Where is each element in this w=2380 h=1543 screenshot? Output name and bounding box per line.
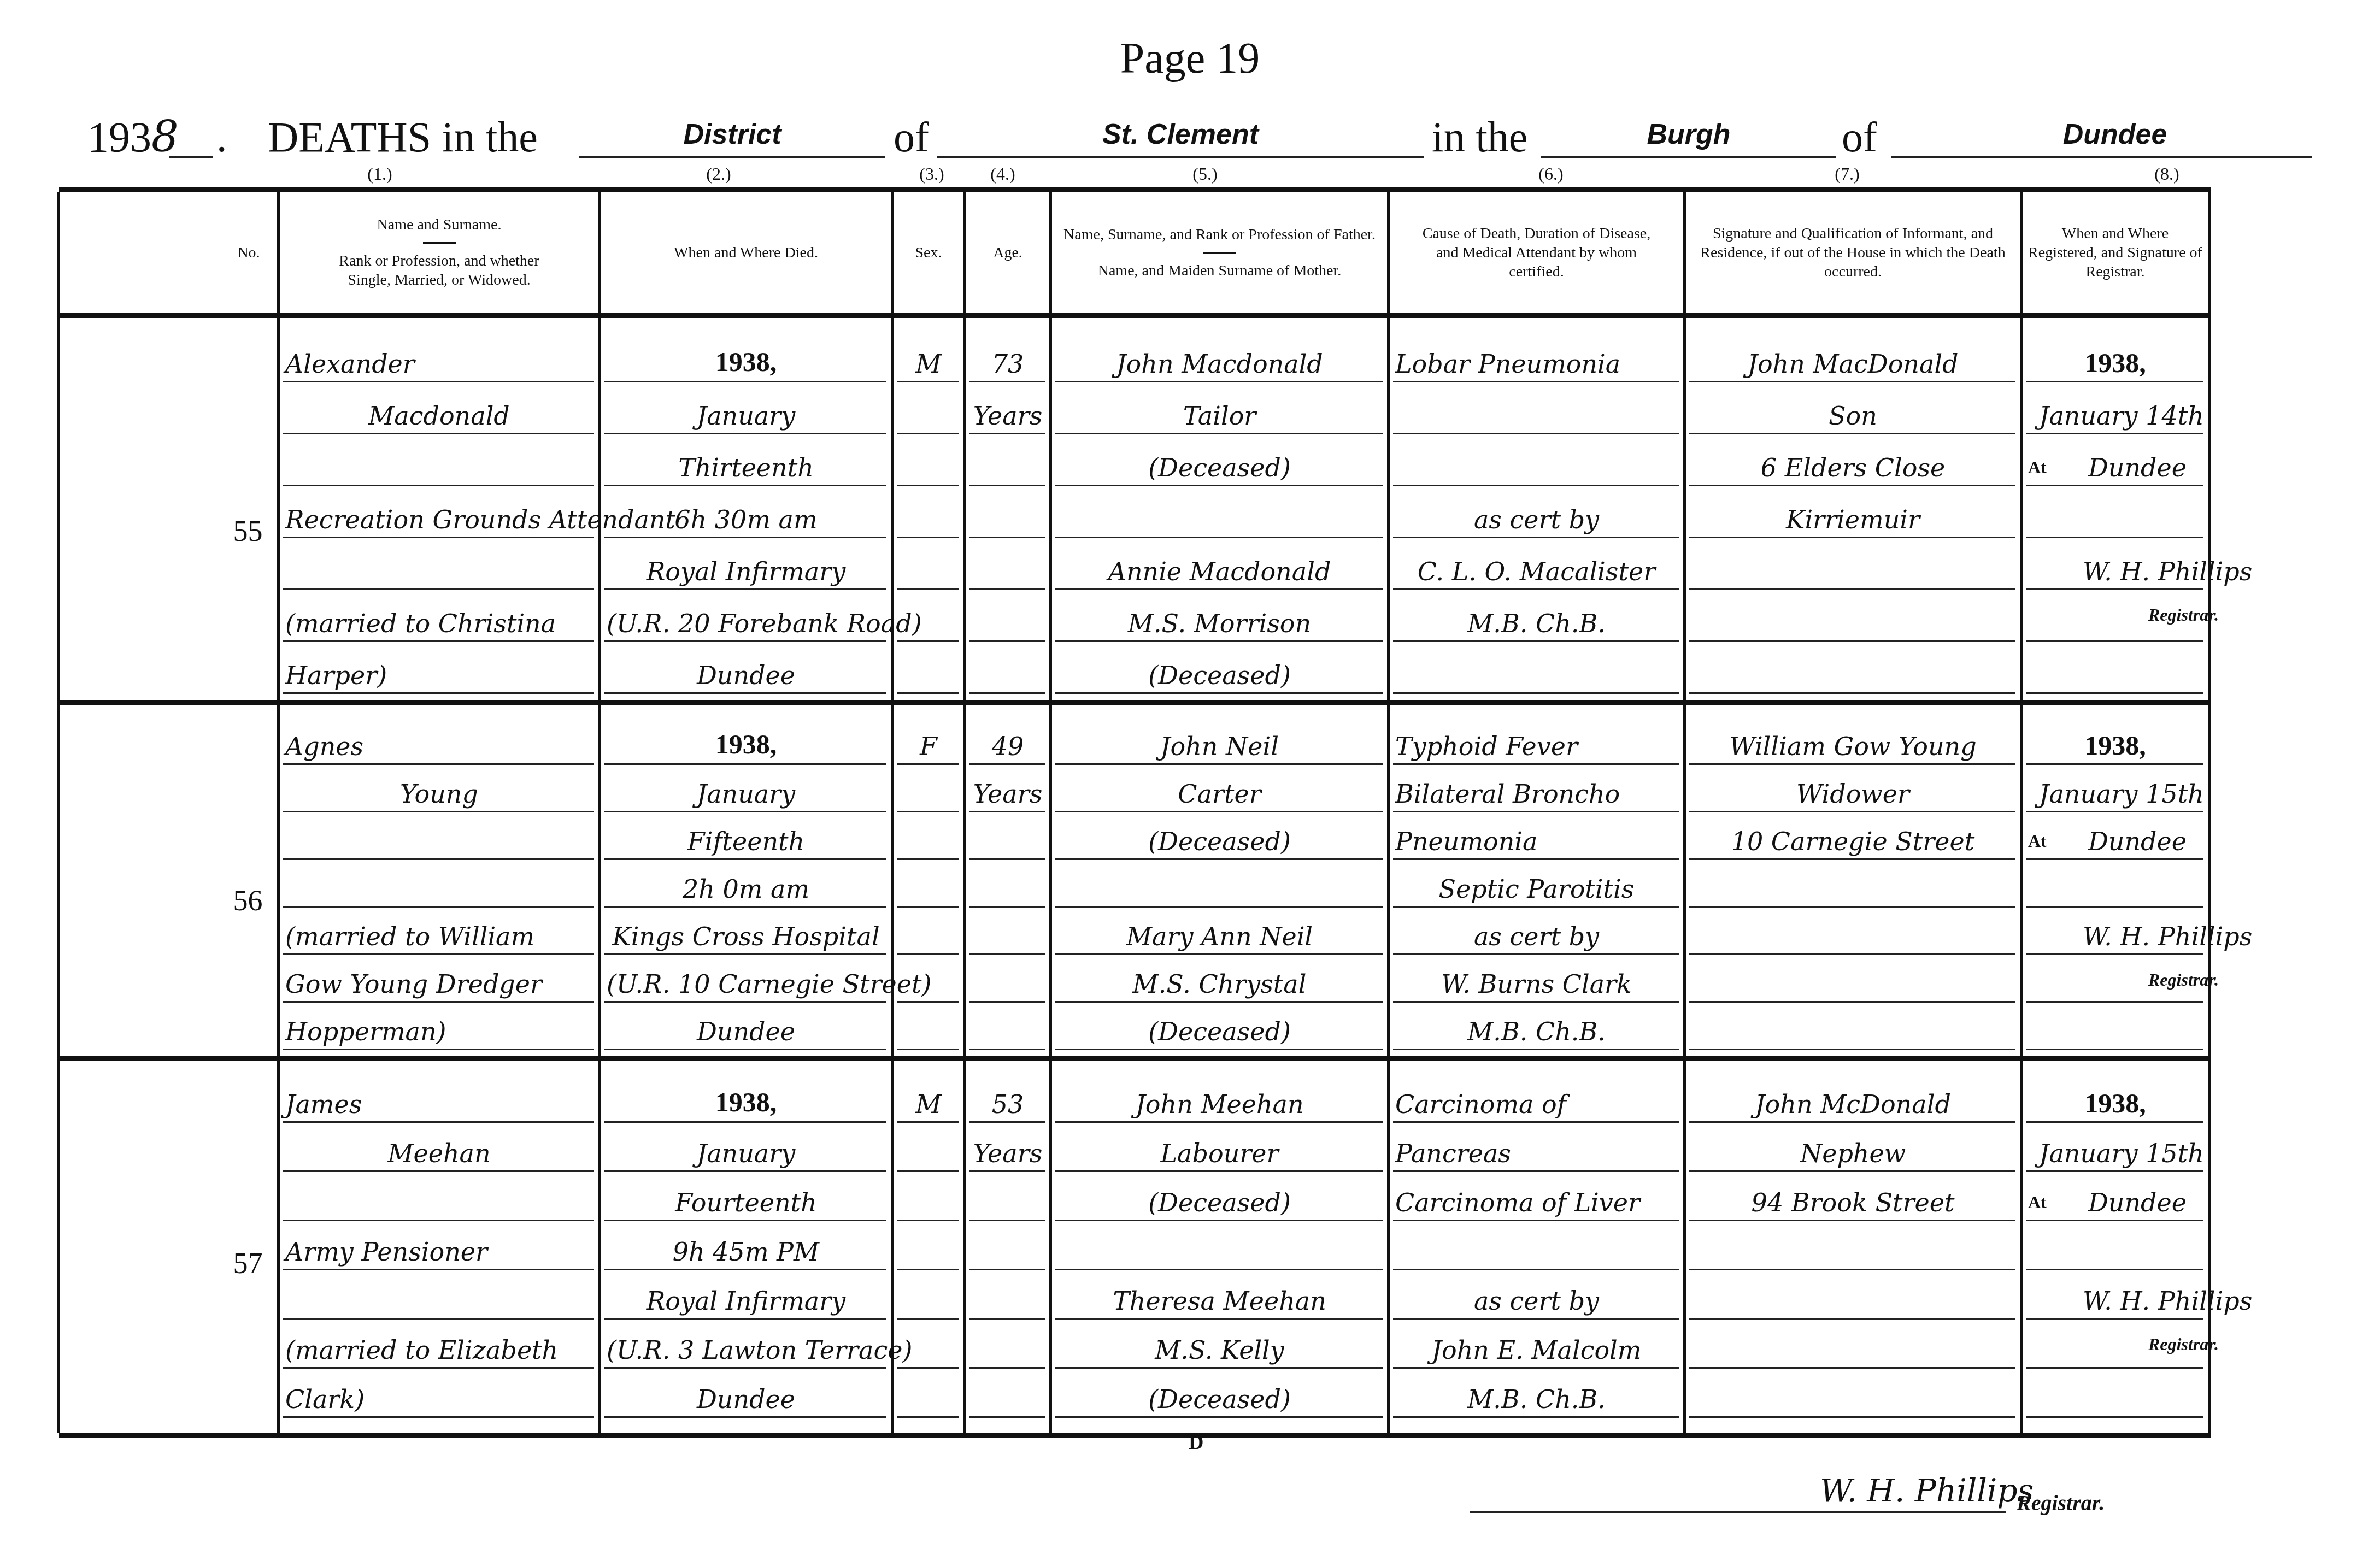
sex-value: M <box>899 349 958 379</box>
heading-deaths-label: DEATHS in the <box>268 113 538 162</box>
death-when-where-line: Fourteenth <box>607 1188 885 1217</box>
death-when-where-line: Kings Cross Hospital <box>607 922 885 951</box>
deceased-name-line: Hopperman) <box>285 1017 446 1046</box>
death-when-where-line: Thirteenth <box>607 453 885 482</box>
entry-number: 56 <box>233 884 263 917</box>
cause-of-death-line: Carcinoma of <box>1395 1089 1566 1119</box>
deceased-name-line: Macdonald <box>285 401 593 431</box>
deceased-name-line: Young <box>285 779 593 809</box>
registrar-signature: W. H. Phillips <box>2083 1286 2203 1316</box>
heading-dot: . <box>216 113 227 162</box>
burgh-type: Burgh <box>1541 118 1836 151</box>
parents-line: John Neil <box>1057 732 1382 761</box>
parents-line: Theresa Meehan <box>1057 1286 1382 1316</box>
cause-of-death-line: John E. Malcolm <box>1395 1335 1678 1365</box>
informant-line: 6 Elders Close <box>1691 453 2014 482</box>
parents-line: M.S. Morrison <box>1057 609 1382 638</box>
age-value: 73 <box>972 349 1044 379</box>
cause-of-death-line: Pneumonia <box>1395 827 1538 856</box>
cause-of-death-line: Pancreas <box>1395 1139 1511 1168</box>
death-when-where-line: 6h 30m am <box>607 505 885 534</box>
register-entry: 55Alexander1938,John MacdonaldLobar Pneu… <box>59 318 2208 705</box>
cause-of-death-line: Septic Parotitis <box>1395 874 1678 904</box>
registrar-label: Registrar. <box>2148 605 2219 625</box>
cause-of-death-line: as cert by <box>1395 922 1678 951</box>
colnum-1: (1.) <box>367 164 392 184</box>
header-when-where: When and Where Died. <box>601 192 891 313</box>
colnum-4: (4.) <box>990 164 1015 184</box>
deceased-name-line: Agnes <box>285 732 363 761</box>
header-parents: Name, Surname, and Rank or Profession of… <box>1052 192 1387 313</box>
registered-year: 1938, <box>2023 729 2208 761</box>
parents-line: Carter <box>1057 779 1382 809</box>
cause-of-death-line: M.B. Ch.B. <box>1395 1385 1678 1414</box>
column-numbers: (1.) (2.) (3.) (4.) (5.) (6.) (7.) (8.) <box>0 164 2380 186</box>
death-when-where-line: 9h 45m PM <box>607 1237 885 1267</box>
parents-line: Tailor <box>1057 401 1382 431</box>
age-unit: Years <box>972 1139 1044 1168</box>
heading-of-1: of <box>894 113 929 162</box>
registrar-signature: W. H. Phillips <box>1820 1472 2034 1509</box>
informant-line: John MacDonald <box>1691 349 2014 379</box>
parents-line: John Macdonald <box>1057 349 1382 379</box>
registrar-signature: W. H. Phillips <box>2083 557 2203 586</box>
death-year: 1938, <box>601 728 891 760</box>
colnum-6: (6.) <box>1538 164 1563 184</box>
parents-line: (Deceased) <box>1057 661 1382 690</box>
registered-place: Dundee <box>2077 827 2197 856</box>
header-cause: Cause of Death, Duration of Disease, and… <box>1390 192 1683 313</box>
deceased-name-line: (married to Christina <box>285 609 556 638</box>
header-number: No. <box>219 192 279 313</box>
registered-year: 1938, <box>2023 347 2208 379</box>
colnum-3: (3.) <box>919 164 944 184</box>
informant-line: Kirriemuir <box>1691 505 2014 534</box>
cause-of-death-line: M.B. Ch.B. <box>1395 1017 1678 1046</box>
footer-mark: D <box>1189 1430 1203 1454</box>
cause-of-death-line: Typhoid Fever <box>1395 732 1578 761</box>
header-age: Age. <box>966 192 1049 313</box>
entry-number: 57 <box>233 1246 263 1280</box>
death-when-where-line: Dundee <box>607 1385 885 1414</box>
parents-line: (Deceased) <box>1057 453 1382 482</box>
death-when-where-line: January <box>607 401 885 431</box>
death-when-where-line: Fifteenth <box>607 827 885 856</box>
age-unit: Years <box>972 779 1044 809</box>
death-when-where-line: Royal Infirmary <box>607 557 885 586</box>
colnum-5: (5.) <box>1192 164 1217 184</box>
informant-line: 94 Brook Street <box>1691 1188 2014 1217</box>
registered-year: 1938, <box>2023 1087 2208 1119</box>
death-when-where-line: (U.R. 3 Lawton Terrace) <box>607 1335 885 1365</box>
cause-of-death-line: Lobar Pneumonia <box>1395 349 1620 379</box>
heading-in-the: in the <box>1432 113 1527 162</box>
registered-place: Dundee <box>2077 1188 2197 1217</box>
age-value: 49 <box>972 732 1044 761</box>
cause-of-death-line: as cert by <box>1395 505 1678 534</box>
parents-line: (Deceased) <box>1057 1188 1382 1217</box>
registered-date: January 14th <box>2039 401 2203 431</box>
death-when-where-line: January <box>607 1139 885 1168</box>
register-entry: 56Agnes1938,John NeilTyphoid FeverWillia… <box>59 705 2208 1061</box>
death-register-table: No. Name and Surname.Rank or Profession,… <box>59 187 2211 1438</box>
cause-of-death-line: W. Burns Clark <box>1395 969 1678 999</box>
district-type: District <box>579 118 885 151</box>
deceased-name-line: (married to William <box>285 922 534 951</box>
colnum-8: (8.) <box>2154 164 2179 184</box>
registrar-signature: W. H. Phillips <box>2083 922 2203 951</box>
informant-line: Son <box>1691 401 2014 431</box>
death-when-where-line: 2h 0m am <box>607 874 885 904</box>
registered-at-label: At <box>2028 457 2047 478</box>
parents-line: M.S. Kelly <box>1057 1335 1382 1365</box>
page-title: Page 19 <box>0 34 2380 84</box>
registered-at-label: At <box>2028 831 2047 851</box>
header-sex: Sex. <box>894 192 963 313</box>
cause-of-death-line: M.B. Ch.B. <box>1395 609 1678 638</box>
registered-date: January 15th <box>2039 1139 2203 1168</box>
registrar-label: Registrar. <box>2148 970 2219 990</box>
registrar-label: Registrar. <box>2148 1334 2219 1354</box>
heading-of-2: of <box>1842 113 1877 162</box>
parents-line: John Meehan <box>1057 1089 1382 1119</box>
entry-number: 55 <box>233 514 263 548</box>
death-year: 1938, <box>601 346 891 378</box>
register-heading: 1938 . DEATHS in the District of St. Cle… <box>87 109 2306 169</box>
death-when-where-line: Royal Infirmary <box>607 1286 885 1316</box>
parents-line: (Deceased) <box>1057 1385 1382 1414</box>
deceased-name-line: Clark) <box>285 1385 365 1414</box>
deceased-name-line: Harper) <box>285 661 387 690</box>
cause-of-death-line: C. L. O. Macalister <box>1395 557 1678 586</box>
informant-line: William Gow Young <box>1691 732 2014 761</box>
heading-year: 1938 <box>87 113 179 162</box>
registered-date: January 15th <box>2039 779 2203 809</box>
registrar-label: Registrar. <box>2017 1490 2105 1516</box>
cause-of-death-line: as cert by <box>1395 1286 1678 1316</box>
age-unit: Years <box>972 401 1044 431</box>
death-when-where-line: Dundee <box>607 661 885 690</box>
deceased-name-line: Gow Young Dredger <box>285 969 542 999</box>
footer-registrar-signature: W. H. Phillips Registrar. <box>1470 1470 2191 1519</box>
sex-value: M <box>899 1089 958 1119</box>
deceased-name-line: Meehan <box>285 1139 593 1168</box>
death-year: 1938, <box>601 1086 891 1118</box>
parents-line: Labourer <box>1057 1139 1382 1168</box>
informant-line: Widower <box>1691 779 2014 809</box>
deceased-name-line: (married to Elizabeth <box>285 1335 558 1365</box>
registered-place: Dundee <box>2077 453 2197 482</box>
header-name: Name and Surname.Rank or Profession, and… <box>280 192 598 313</box>
burgh-name: Dundee <box>2028 118 2202 151</box>
registered-at-label: At <box>2028 1192 2047 1212</box>
age-value: 53 <box>972 1089 1044 1119</box>
header-informant: Signature and Qualification of Informant… <box>1686 192 2020 313</box>
deceased-name-line: Alexander <box>285 349 415 379</box>
parents-line: Mary Ann Neil <box>1057 922 1382 951</box>
colnum-2: (2.) <box>706 164 731 184</box>
parents-line: (Deceased) <box>1057 1017 1382 1046</box>
register-entry: 57James1938,John MeehanCarcinoma ofJohn … <box>59 1061 2208 1428</box>
cause-of-death-line: Carcinoma of Liver <box>1395 1188 1640 1217</box>
sex-value: F <box>899 732 958 761</box>
death-when-where-line: (U.R. 10 Carnegie Street) <box>607 969 885 999</box>
informant-line: Nephew <box>1691 1139 2014 1168</box>
deceased-name-line: James <box>285 1089 362 1119</box>
parents-line: (Deceased) <box>1057 827 1382 856</box>
header-registered: When and Where Registered, and Signature… <box>2023 192 2208 313</box>
colnum-7: (7.) <box>1835 164 1859 184</box>
cause-of-death-line: Bilateral Broncho <box>1395 779 1620 809</box>
informant-line: John McDonald <box>1691 1089 2014 1119</box>
deceased-name-line: Army Pensioner <box>285 1237 487 1267</box>
parents-line: Annie Macdonald <box>1057 557 1382 586</box>
district-name: St. Clement <box>937 118 1424 151</box>
death-when-where-line: Dundee <box>607 1017 885 1046</box>
death-when-where-line: (U.R. 20 Forebank Road) <box>607 609 885 638</box>
death-when-where-line: January <box>607 779 885 809</box>
parents-line: M.S. Chrystal <box>1057 969 1382 999</box>
informant-line: 10 Carnegie Street <box>1691 827 2014 856</box>
